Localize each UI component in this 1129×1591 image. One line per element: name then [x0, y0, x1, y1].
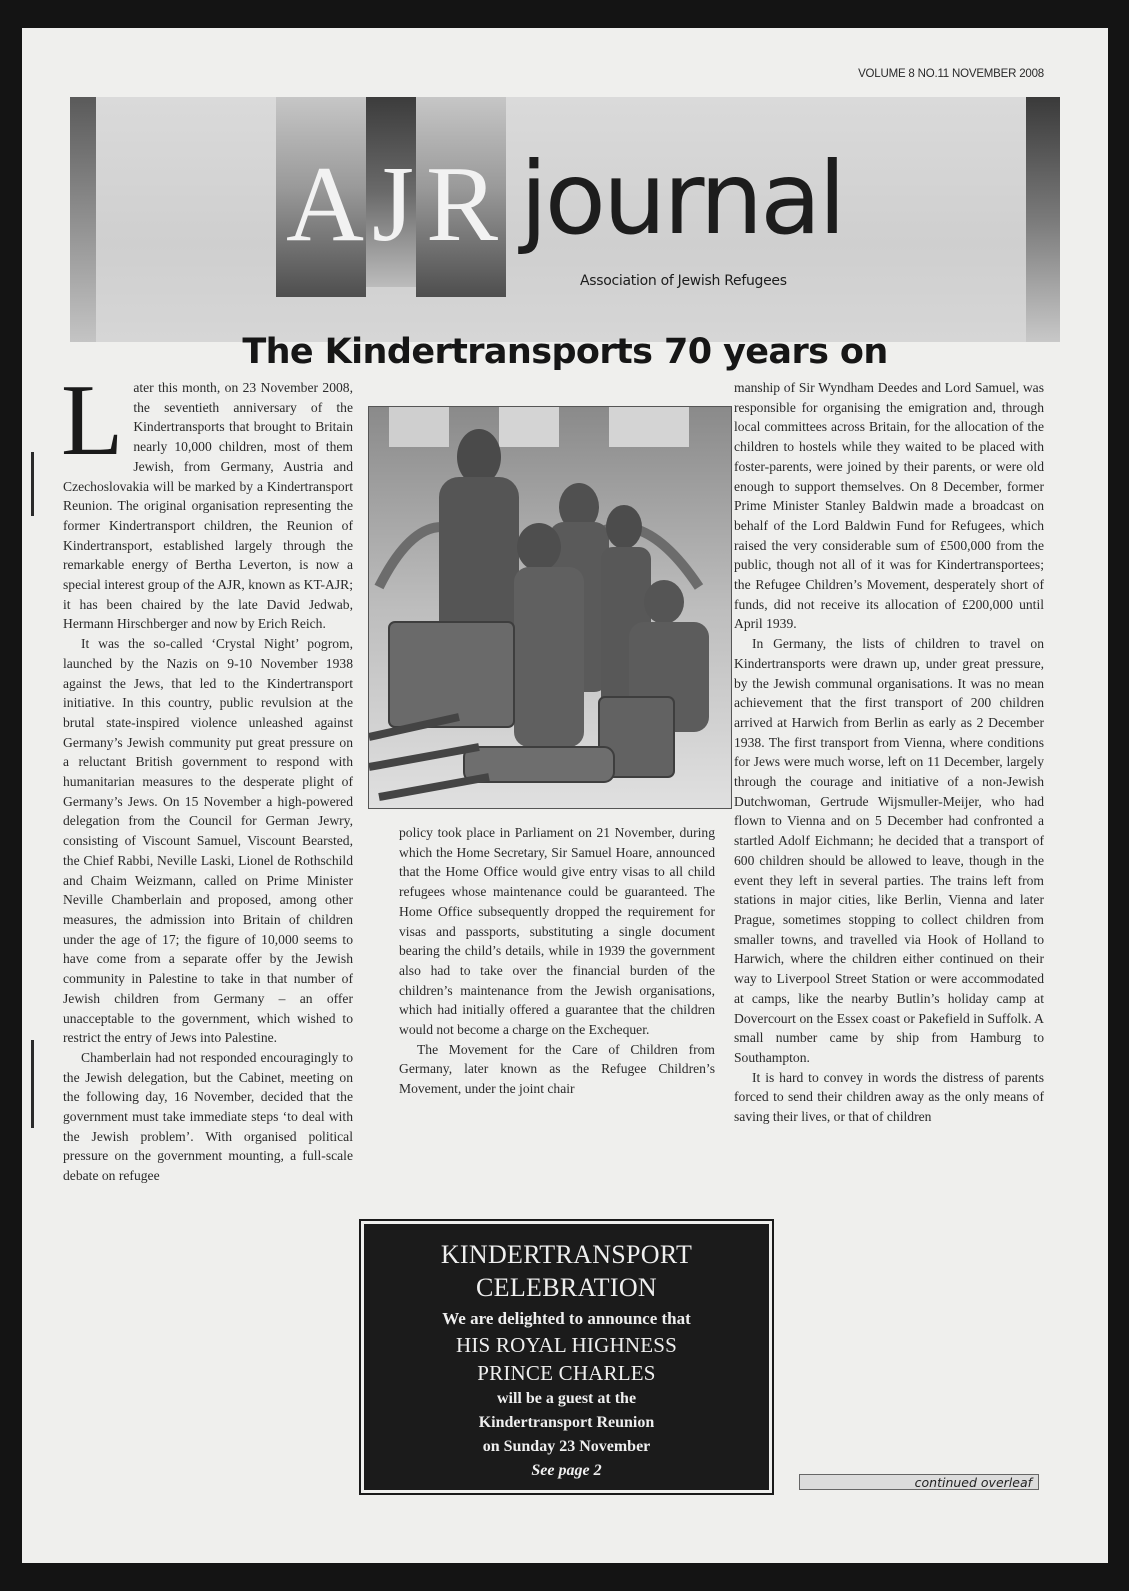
announcement-royal-line2: PRINCE CHARLES — [364, 1359, 769, 1387]
continued-overleaf-label[interactable]: continued overleaf — [799, 1474, 1039, 1490]
memorial-statue-photo — [368, 406, 732, 809]
article-paragraph: policy took place in Parliament on 21 No… — [399, 823, 715, 1040]
paragraph-text: Chamberlain had not responded encouragin… — [63, 1050, 353, 1183]
paragraph-text: The Movement for the Care of Children fr… — [399, 1042, 715, 1096]
issue-info: VOLUME 8 NO.11 NOVEMBER 2008 — [782, 68, 1044, 80]
masthead-right-bar — [1026, 97, 1060, 342]
article-column-right: manship of Sir Wyndham Deedes and Lord S… — [734, 378, 1044, 1127]
logo-journal-word: journal — [520, 149, 843, 249]
logo-subtitle: Association of Jewish Refugees — [580, 273, 787, 289]
paragraph-text: It is hard to convey in words the distre… — [734, 1070, 1044, 1124]
paragraph-text: manship of Sir Wyndham Deedes and Lord S… — [734, 380, 1044, 631]
logo-letter-a: A — [286, 151, 364, 259]
article-paragraph: manship of Sir Wyndham Deedes and Lord S… — [734, 378, 1044, 634]
announcement-intro: We are delighted to announce that — [364, 1307, 769, 1331]
masthead: A J R journal Association of Jewish Refu… — [70, 97, 1060, 342]
announcement-title-line2: CELEBRATION — [364, 1271, 769, 1304]
article-paragraph: In Germany, the lists of children to tra… — [734, 634, 1044, 1067]
announcement-title-line1: KINDERTRANSPORT — [364, 1238, 769, 1271]
paragraph-text: In Germany, the lists of children to tra… — [734, 636, 1044, 1065]
announcement-inner: KINDERTRANSPORT CELEBRATION We are delig… — [364, 1224, 769, 1490]
drop-cap: L — [61, 382, 123, 460]
article-paragraph: Chamberlain had not responded encouragin… — [63, 1048, 353, 1186]
masthead-left-bar — [70, 97, 96, 342]
see-page-link[interactable]: See page 2 — [364, 1459, 769, 1483]
celebration-announcement-box: KINDERTRANSPORT CELEBRATION We are delig… — [359, 1219, 774, 1495]
page-binding-mark-bottom — [31, 1040, 34, 1128]
paragraph-text: policy took place in Parliament on 21 No… — [399, 825, 715, 1037]
article-paragraph: L ater this month, on 23 November 2008, … — [63, 378, 353, 634]
logo-letter-j: J — [372, 151, 414, 259]
announcement-royal-line1: HIS ROYAL HIGHNESS — [364, 1331, 769, 1359]
article-paragraph: It was the so-called ‘Crystal Night’ pog… — [63, 634, 353, 1048]
article-paragraph: The Movement for the Care of Children fr… — [399, 1040, 715, 1099]
photo-illustration — [369, 407, 731, 808]
journal-page: VOLUME 8 NO.11 NOVEMBER 2008 A J R journ… — [22, 28, 1108, 1563]
article-column-middle: policy took place in Parliament on 21 No… — [399, 823, 715, 1099]
article-column-left: L ater this month, on 23 November 2008, … — [63, 378, 353, 1186]
page-binding-mark-top — [31, 452, 34, 516]
announcement-detail-line3: on Sunday 23 November — [364, 1435, 769, 1459]
announcement-detail-line2: Kindertransport Reunion — [364, 1411, 769, 1435]
article-headline: The Kindertransports 70 years on — [22, 332, 1108, 372]
paragraph-text: It was the so-called ‘Crystal Night’ pog… — [63, 636, 353, 1045]
announcement-detail-line1: will be a guest at the — [364, 1387, 769, 1411]
article-paragraph: It is hard to convey in words the distre… — [734, 1068, 1044, 1127]
logo-letter-r: R — [426, 151, 498, 259]
